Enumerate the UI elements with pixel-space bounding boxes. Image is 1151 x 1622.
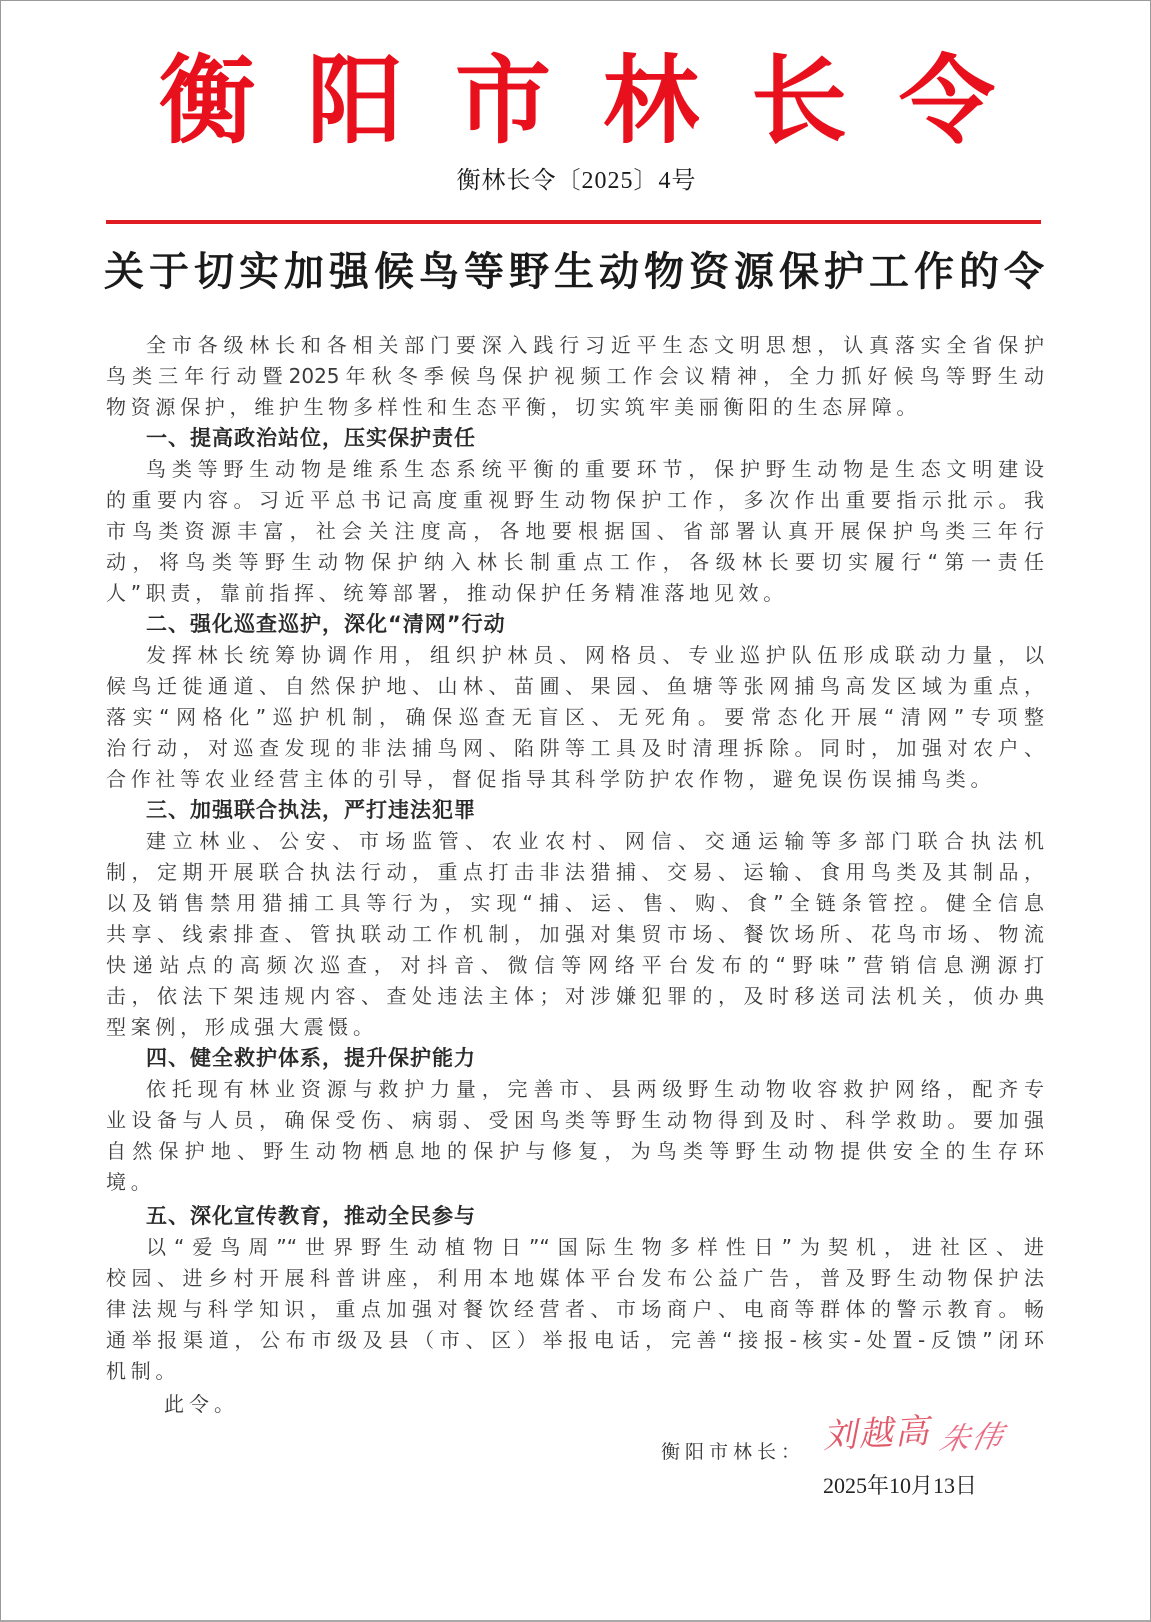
red-divider-line <box>106 220 1041 224</box>
paragraph-line: 鸟类三年行动暨2025年秋冬季候鸟保护视频工作会议精神，全力抓好候鸟等野生动 <box>106 361 1044 392</box>
handwritten-signature: 刘越高朱伟 <box>821 1397 1044 1478</box>
paragraph-line: 候鸟迁徙通道、自然保护地、山林、苗圃、果园、鱼塘等张网捕鸟高发区域为重点， <box>106 671 1044 702</box>
paragraph-line: 业设备与人员，确保受伤、病弱、受困鸟类等野生动物得到及时、科学救助。要加强 <box>106 1105 1044 1136</box>
signature-name: 刘越高 <box>822 1411 932 1457</box>
document-page: 衡阳市林长令 衡林长令〔2025〕4号 关于切实加强候鸟等野生动物资源保护工作的… <box>0 0 1151 1622</box>
paragraph-line: 型案例，形成强大震慑。 <box>106 1012 1044 1043</box>
paragraph-line: 鸟类等野生动物是维系生态系统平衡的重要环节，保护野生动物是生态文明建设 <box>106 454 1044 485</box>
paragraph-line: 以“爱鸟周”“世界野生动植物日”“国际生物多样性日”为契机，进社区、进 <box>106 1232 1044 1263</box>
paragraph-line: 共享、线索排查、管执联动工作机制，加强对集贸市场、餐饮场所、花鸟市场、物流 <box>106 919 1044 950</box>
section-heading: 三、加强联合执法，严打违法犯罪 <box>106 795 1044 826</box>
paragraph-line: 通举报渠道，公布市级及县（市、区）举报电话，完善“接报-核实-处置-反馈”闭环 <box>106 1325 1044 1356</box>
paragraph-line: 人”职责，靠前指挥、统筹部署，推动保护任务精准落地见效。 <box>106 578 1044 609</box>
paragraph-line: 全市各级林长和各相关部门要深入践行习近平生态文明思想，认真落实全省保护 <box>106 330 1044 361</box>
paragraph-line: 合作社等农业经营主体的引导，督促指导其科学防护农作物，避免误伤误捕鸟类。 <box>106 764 1044 795</box>
paragraph-line: 制，定期开展联合执法行动，重点打击非法猎捕、交易、运输、食用鸟类及其制品， <box>106 857 1044 888</box>
paragraph-line: 市鸟类资源丰富，社会关注度高，各地要根据国、省部署认真开展保护鸟类三年行 <box>106 516 1044 547</box>
paragraph-line: 落实“网格化”巡护机制，确保巡查无盲区、无死角。要常态化开展“清网”专项整 <box>106 702 1044 733</box>
issue-date: 2025年10月13日 <box>823 1469 977 1500</box>
section-heading: 五、深化宣传教育，推动全民参与 <box>106 1201 1044 1232</box>
paragraph-line: 以及销售禁用猎捕工具等行为，实现“捕、运、售、购、食”全链条管控。健全信息 <box>106 888 1044 919</box>
paragraph-line: 的重要内容。习近平总书记高度重视野生动物保护工作，多次作出重要指示批示。我 <box>106 485 1044 516</box>
document-number: 衡林长令〔2025〕4号 <box>1 164 1151 198</box>
paragraph-line: 依托现有林业资源与救护力量，完善市、县两级野生动物收容救护网络，配齐专 <box>106 1074 1044 1105</box>
paragraph-line: 动，将鸟类等野生动物保护纳入林长制重点工作，各级林长要切实履行“第一责任 <box>106 547 1044 578</box>
signature-second: 朱伟 <box>936 1411 1009 1459</box>
paragraph-line: 建立林业、公安、市场监管、农业农村、网信、交通运输等多部门联合执法机 <box>106 826 1044 857</box>
document-title: 关于切实加强候鸟等野生动物资源保护工作的令 <box>104 246 1044 298</box>
paragraph-line: 物资源保护，维护生物多样性和生态平衡，切实筑牢美丽衡阳的生态屏障。 <box>106 392 1044 423</box>
paragraph-line: 校园、进乡村开展科普讲座，利用本地媒体平台发布公益广告，普及野生动物保护法 <box>106 1263 1044 1294</box>
paragraph-line: 发挥林长统筹协调作用，组织护林员、网格员、专业巡护队伍形成联动力量，以 <box>106 640 1044 671</box>
paragraph-line: 自然保护地、野生动物栖息地的保护与修复，为鸟类等野生动物提供安全的生存环 <box>106 1136 1044 1167</box>
section-heading: 二、强化巡查巡护，深化“清网”行动 <box>106 609 1044 640</box>
paragraph-line: 境。 <box>106 1167 1044 1198</box>
masthead-title: 衡阳市林长令 <box>1 41 1151 161</box>
paragraph-line: 快递站点的高频次巡查，对抖音、微信等网络平台发布的“野味”营销信息溯源打 <box>106 950 1044 981</box>
section-heading: 一、提高政治站位，压实保护责任 <box>106 423 1044 454</box>
paragraph-line: 律法规与科学知识，重点加强对餐饮经营者、市场商户、电商等群体的警示教育。畅 <box>106 1294 1044 1325</box>
paragraph-line: 机制。 <box>106 1356 1044 1387</box>
paragraph-line: 击，依法下架违规内容、查处违法主体；对涉嫌犯罪的，及时移送司法机关，侦办典 <box>106 981 1044 1012</box>
paragraph-line: 治行动，对巡查发现的非法捕鸟网、陷阱等工具及时清理拆除。同时，加强对农户、 <box>106 733 1044 764</box>
document-body: 全市各级林长和各相关部门要深入践行习近平生态文明思想，认真落实全省保护 鸟类三年… <box>106 330 1044 1420</box>
section-heading: 四、健全救护体系，提升保护能力 <box>106 1043 1044 1074</box>
signature-label: 衡阳市林长： <box>661 1437 805 1464</box>
